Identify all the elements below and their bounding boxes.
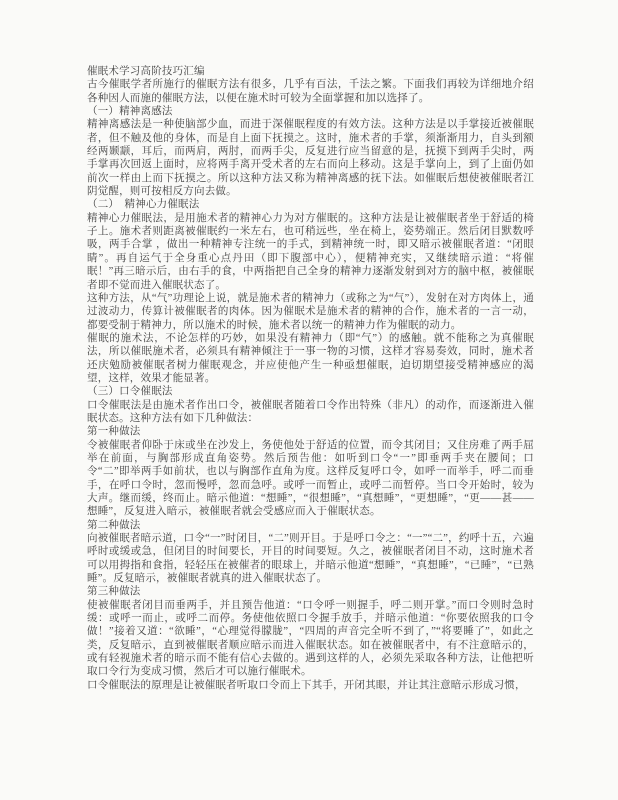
method-subheading: 第一种做法 xyxy=(87,425,534,438)
method-subheading: 第二种做法 xyxy=(87,519,534,532)
method-subheading: 第三种做法 xyxy=(87,585,534,598)
paragraph: 使被催眠者闭目而垂两手，并且预告他道：“口令呼一则握手，呼二则开掌。”而口令则时… xyxy=(87,599,534,679)
document-page: 催眠术学习高阶技巧汇编 古今催眠学者所施行的催眠方法有很多，几乎有百法，千法之繁… xyxy=(0,0,618,800)
section-heading: （二） 精神心力催眠法 xyxy=(87,198,534,211)
paragraph: 这种方法，从“气”功理论上说，就是施术者的精神力（或称之为“气”），发射在对方肉… xyxy=(87,292,534,332)
document-body: 古今催眠学者所施行的催眠方法有很多，几乎有百法，千法之繁。下面我们再较为详细地介… xyxy=(87,78,534,692)
paragraph: 令被催眠者仰卧于床或坐在沙发上，务使他处于舒适的位置，而令其闭目；又住房难了两手… xyxy=(87,439,534,519)
paragraph: 口令催眠法的原理是让被催眠者听取口令而上下其手，开闭其眼，并让其注意暗示形成习惯… xyxy=(87,679,534,692)
document-title: 催眠术学习高阶技巧汇编 xyxy=(87,65,534,78)
paragraph: 精神离感法是一种使脑部少血，而进于深催眠程度的有效方法。这种方法是以手掌接近被催… xyxy=(87,118,534,198)
section-heading: （三）口令催眠法 xyxy=(87,385,534,398)
section-heading: （一）精神离感法 xyxy=(87,105,534,118)
paragraph: 口令催眠法是由施术者作出口令，被催眠者随着口令作出特殊（非凡）的动作，而逐渐进入… xyxy=(87,399,534,426)
document-content: 催眠术学习高阶技巧汇编 古今催眠学者所施行的催眠方法有很多，几乎有百法，千法之繁… xyxy=(87,65,534,692)
paragraph: 向被催眠者暗示道，口令“一”时闭目，“二”则开目。于是呼口令之：“一”“二”，约… xyxy=(87,532,534,585)
paragraph: 古今催眠学者所施行的催眠方法有很多，几乎有百法，千法之繁。下面我们再较为详细地介… xyxy=(87,78,534,105)
paragraph: 精神心力催眠法，是用施术者的精神心力为对方催眠的。这种方法是让被催眠者坐于舒适的… xyxy=(87,212,534,292)
paragraph: 催眠的施术法，不论怎样的巧妙，如果没有精神力（即“气”）的感触。就不能称之为真催… xyxy=(87,332,534,385)
